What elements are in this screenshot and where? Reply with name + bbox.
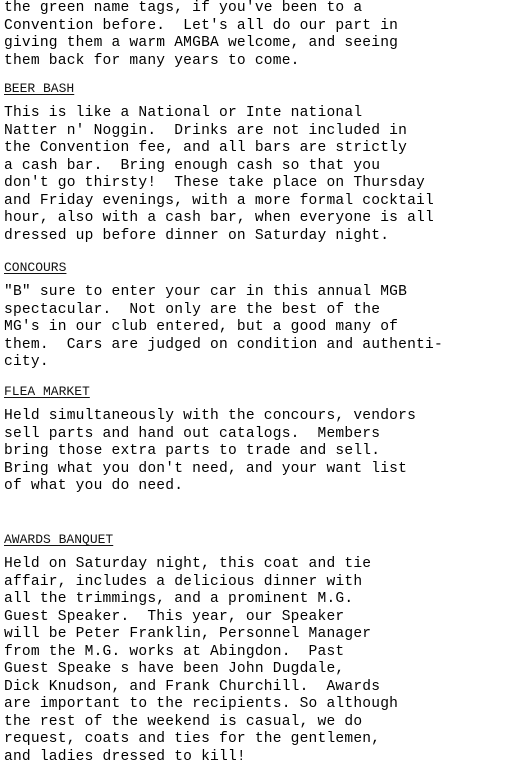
- text-line: Convention before. Let's all do our part…: [4, 18, 398, 36]
- text-line: request, coats and ties for the gentleme…: [4, 731, 398, 749]
- text-line: dressed up before dinner on Saturday nig…: [4, 228, 434, 246]
- text-line: hour, also with a cash bar, when everyon…: [4, 210, 434, 228]
- section-heading: BEER BASH: [4, 80, 74, 97]
- text-line: MG's in our club entered, but a good man…: [4, 319, 443, 337]
- text-line: and ladies dressed to kill!: [4, 749, 398, 767]
- text-line: them back for many years to come.: [4, 53, 398, 71]
- text-line: Held simultaneously with the concours, v…: [4, 408, 416, 426]
- text-line: will be Peter Franklin, Personnel Manage…: [4, 626, 398, 644]
- text-line: city.: [4, 354, 443, 372]
- text-line: Guest Speake s have been John Dugdale,: [4, 661, 398, 679]
- text-line: Bring what you don't need, and your want…: [4, 461, 416, 479]
- text-line: Natter n' Noggin. Drinks are not include…: [4, 123, 434, 141]
- text-line: Dick Knudson, and Frank Churchill. Award…: [4, 679, 398, 697]
- section-awards-banquet: AWARDS BANQUET Held on Saturday night, t…: [4, 530, 398, 766]
- section-beer-bash: BEER BASH This is like a National or Int…: [4, 79, 434, 245]
- text-line: bring those extra parts to trade and sel…: [4, 443, 416, 461]
- section-heading: CONCOURS: [4, 259, 66, 276]
- text-line: don't go thirsty! These take place on Th…: [4, 175, 434, 193]
- text-line: the green name tags, if you've been to a: [4, 0, 398, 18]
- text-line: "B" sure to enter your car in this annua…: [4, 284, 443, 302]
- section-heading: FLEA MARKET: [4, 383, 90, 400]
- text-line: them. Cars are judged on condition and a…: [4, 337, 443, 355]
- text-line: all the trimmings, and a prominent M.G.: [4, 591, 398, 609]
- section-flea-market: FLEA MARKET Held simultaneously with the…: [4, 382, 416, 496]
- text-line: a cash bar. Bring enough cash so that yo…: [4, 158, 434, 176]
- text-line: the Convention fee, and all bars are str…: [4, 140, 434, 158]
- text-line: are important to the recipients. So alth…: [4, 696, 398, 714]
- text-line: and Friday evenings, with a more formal …: [4, 193, 434, 211]
- text-line: the rest of the weekend is casual, we do: [4, 714, 398, 732]
- text-line: Held on Saturday night, this coat and ti…: [4, 556, 398, 574]
- text-line: spectacular. Not only are the best of th…: [4, 302, 443, 320]
- text-line: from the M.G. works at Abingdon. Past: [4, 644, 398, 662]
- text-line: This is like a National or Inte national: [4, 105, 434, 123]
- text-line: Guest Speaker. This year, our Speaker: [4, 609, 398, 627]
- text-line: giving them a warm AMGBA welcome, and se…: [4, 35, 398, 53]
- intro-paragraph: the green name tags, if you've been to a…: [4, 0, 398, 70]
- text-line: affair, includes a delicious dinner with: [4, 574, 398, 592]
- section-concours: CONCOURS "B" sure to enter your car in t…: [4, 258, 443, 372]
- text-line: sell parts and hand out catalogs. Member…: [4, 426, 416, 444]
- text-line: of what you do need.: [4, 478, 416, 496]
- section-heading: AWARDS BANQUET: [4, 531, 113, 548]
